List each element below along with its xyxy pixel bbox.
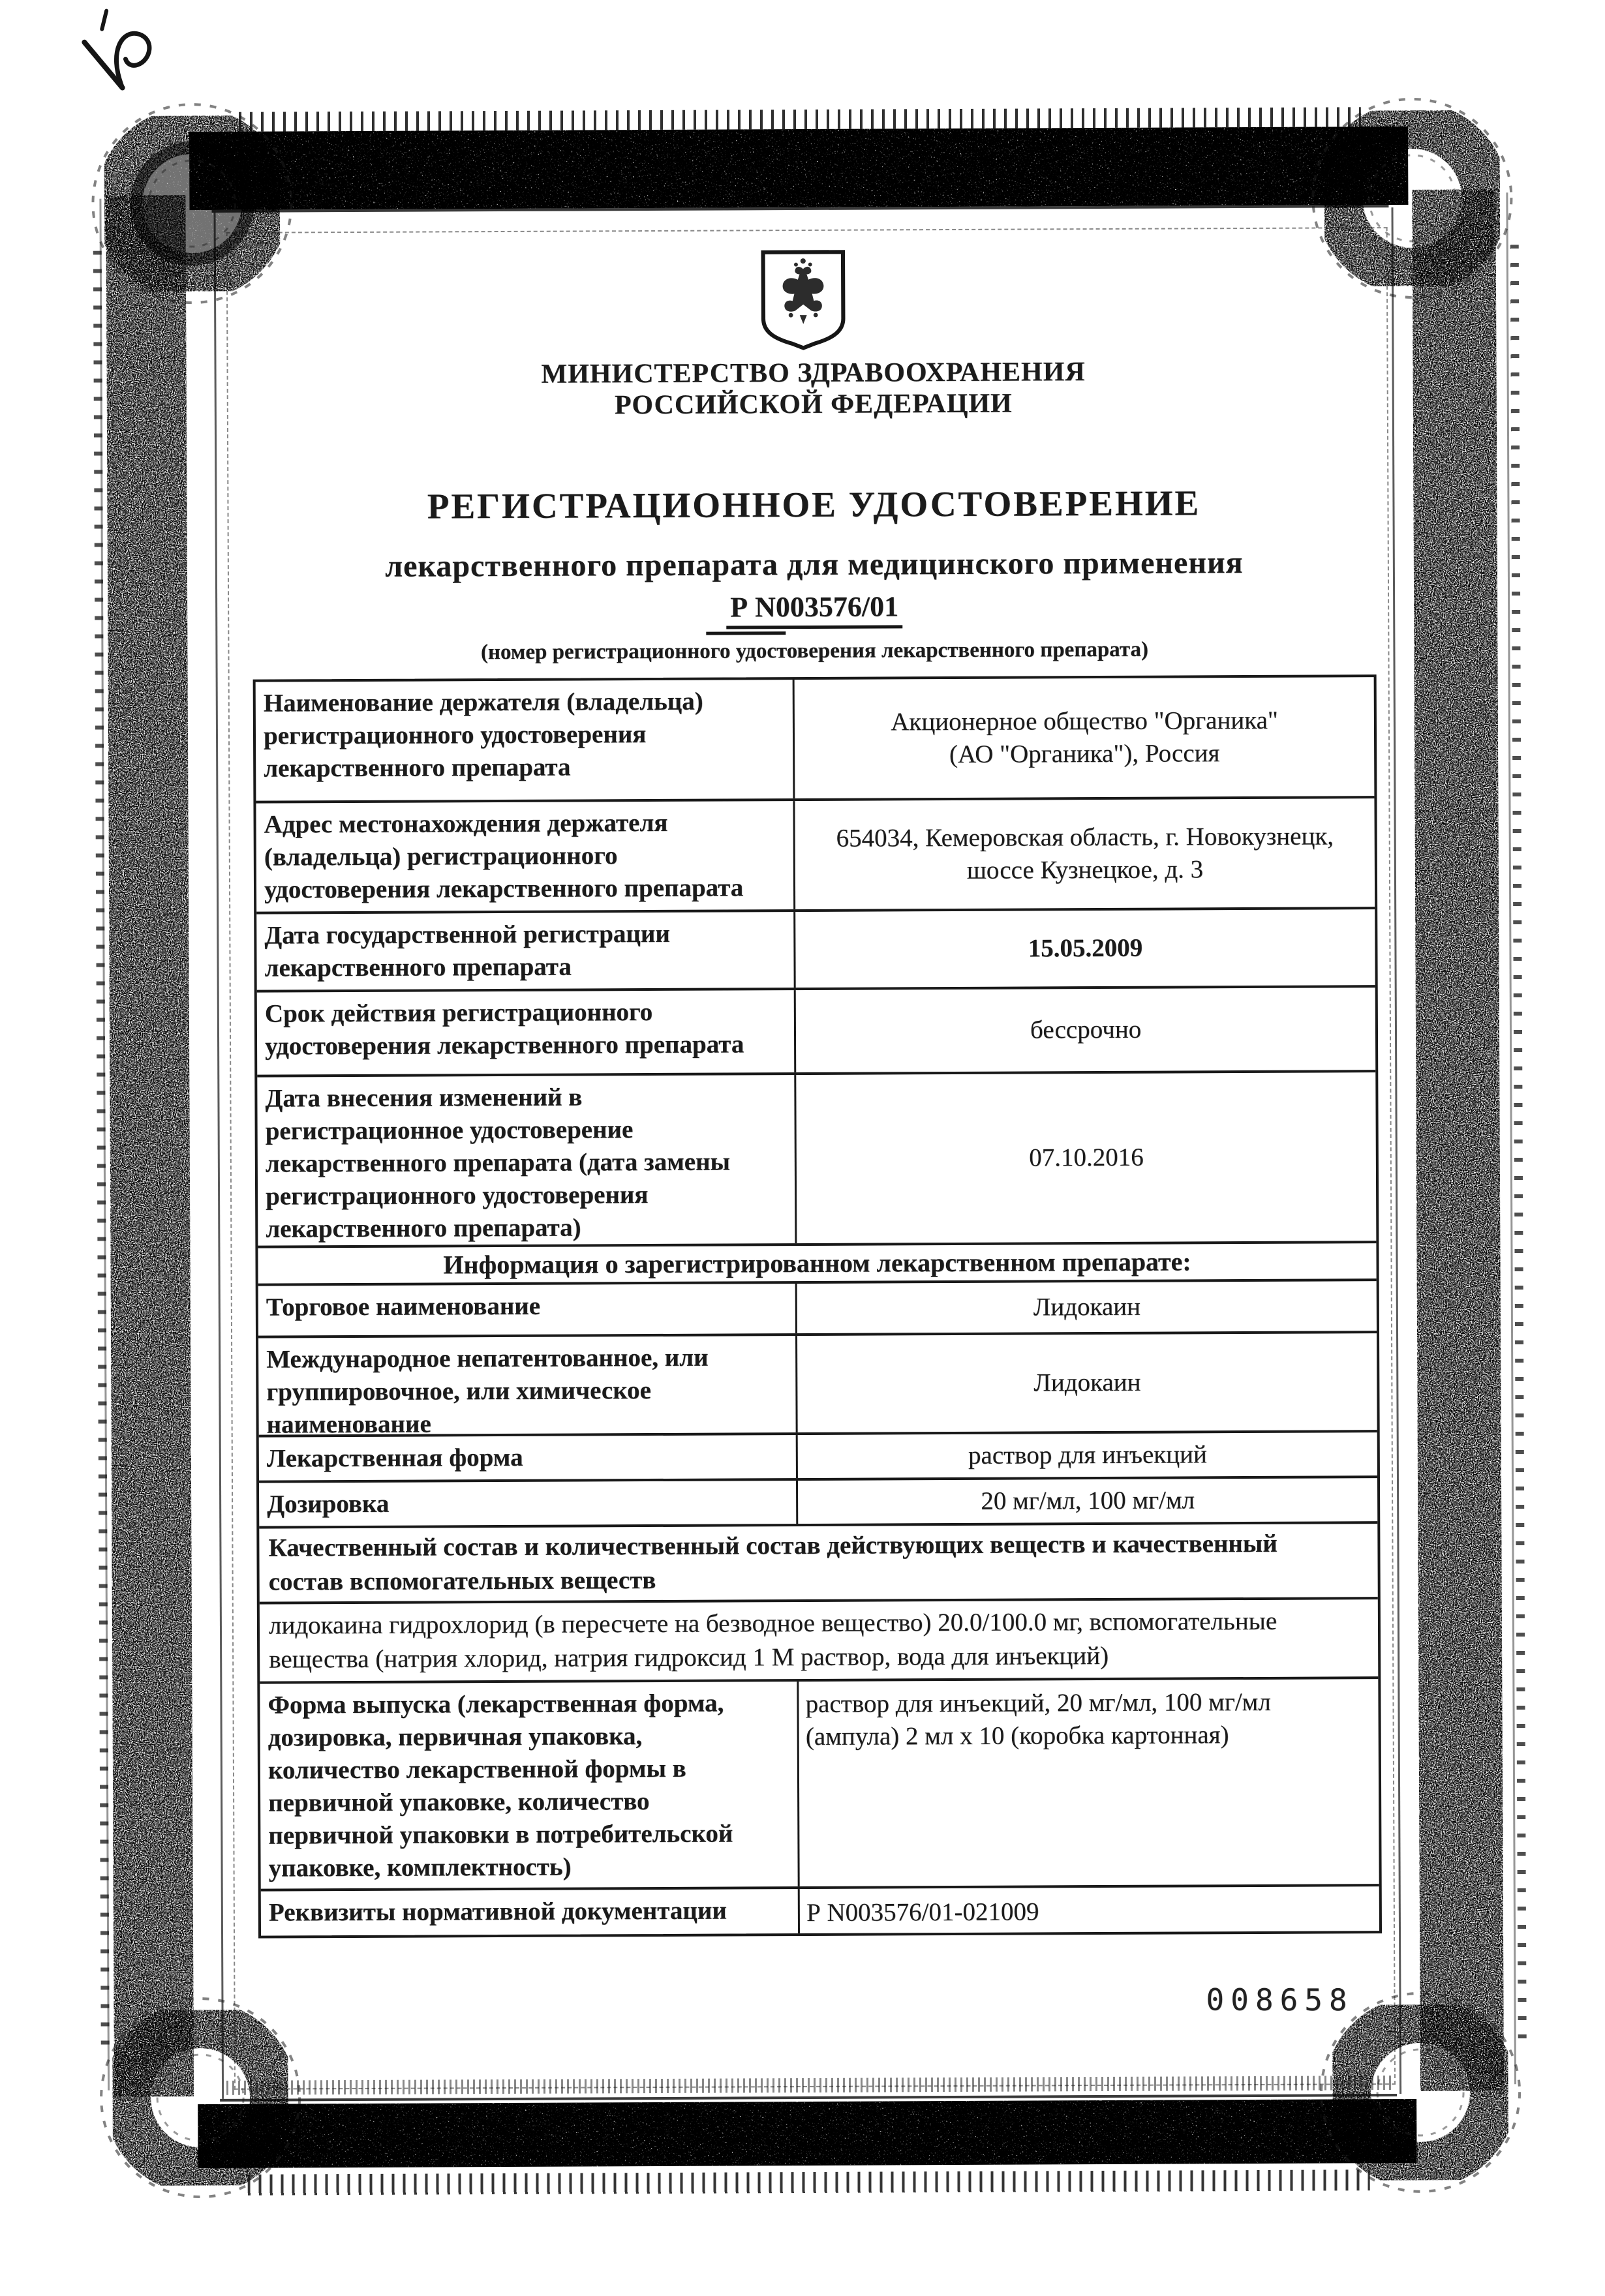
table-section-header: Информация о зарегистрированном лекарств… — [258, 1241, 1376, 1283]
row-label: Реквизиты нормативной документации — [261, 1889, 800, 1936]
table-row-validity: Срок действия регистрационного удостовер… — [257, 985, 1376, 1074]
row-label: Дата государственной регистрации лекарст… — [256, 912, 796, 990]
row-label: Международное непатентованное, или групп… — [258, 1336, 798, 1435]
table-row-normative-docs: Реквизиты нормативной документации Р N00… — [261, 1884, 1379, 1935]
document-subtitle: лекарственного препарата для медицинског… — [252, 544, 1376, 585]
row-value: Лидокаин — [797, 1281, 1377, 1333]
row-label: Дата внесения изменений в регистрационно… — [257, 1075, 797, 1246]
table-row-dosage: Дозировка 20 мг/мл, 100 мг/мл — [259, 1475, 1377, 1526]
registration-number: Р N003576/01 — [726, 590, 902, 629]
row-value: 654034, Кемеровская область, г. Новокузн… — [795, 798, 1375, 909]
table-row-release-form: Форма выпуска (лекарственная форма, дози… — [260, 1676, 1379, 1888]
ministry-line2: РОССИЙСКОЙ ФЕДЕРАЦИИ — [252, 386, 1375, 423]
row-value: Р N003576/01-021009 — [800, 1886, 1379, 1933]
table-row-trade-name: Торговое наименование Лидокаин — [258, 1278, 1377, 1335]
table-row-inn-name: Международное непатентованное, или групп… — [258, 1331, 1377, 1434]
row-label: Дозировка — [259, 1481, 798, 1526]
registration-number-note: (номер регистрационного удостоверения ле… — [252, 637, 1376, 666]
serial-number-stamp: 008658 — [1206, 1982, 1353, 2018]
scanned-certificate-page: МИНИСТЕРСТВО ЗДРАВООХРАНЕНИЯ РОССИЙСКОЙ … — [0, 0, 1605, 2296]
row-value: раствор для инъекций — [798, 1432, 1377, 1478]
row-label: Лекарственная форма — [259, 1435, 798, 1481]
registration-number-underline — [706, 631, 786, 635]
row-value: бессрочно — [796, 988, 1375, 1072]
ministry-line1: МИНИСТЕРСТВО ЗДРАВООХРАНЕНИЯ — [251, 355, 1375, 391]
table-row-composition-header: Качественный состав и количественный сос… — [259, 1521, 1377, 1601]
row-value: Лидокаин — [797, 1333, 1377, 1432]
row-value: раствор для инъекций, 20 мг/мл, 100 мг/м… — [799, 1679, 1379, 1886]
registration-number-wrap: Р N003576/01 — [252, 588, 1376, 626]
table-row-registration-date: Дата государственной регистрации лекарст… — [256, 907, 1375, 989]
ministry-name: МИНИСТЕРСТВО ЗДРАВООХРАНЕНИЯ РОССИЙСКОЙ … — [251, 355, 1375, 423]
certificate-content: МИНИСТЕРСТВО ЗДРАВООХРАНЕНИЯ РОССИЙСКОЙ … — [0, 0, 1605, 2296]
table-row-dosage-form: Лекарственная форма раствор для инъекций — [259, 1430, 1377, 1480]
row-label: Срок действия регистрационного удостовер… — [257, 990, 797, 1075]
row-value: 07.10.2016 — [796, 1072, 1376, 1243]
table-row-composition-detail: лидокаина гидрохлорид (в пересчете на бе… — [260, 1597, 1379, 1681]
certificate-table: Наименование держателя (владельца) регис… — [253, 674, 1382, 1938]
row-label: Адрес местонахождения держателя (владель… — [256, 801, 795, 912]
row-value: 15.05.2009 — [795, 909, 1375, 988]
row-label: Форма выпуска (лекарственная форма, дози… — [260, 1682, 800, 1889]
coat-of-arms-emblem-icon — [759, 249, 848, 352]
table-row-amendment-date: Дата внесения изменений в регистрационно… — [257, 1070, 1376, 1245]
row-value: Акционерное общество "Органика" (АО "Орг… — [795, 677, 1375, 798]
row-value: 20 мг/мл, 100 мг/мл — [798, 1478, 1377, 1524]
table-row-holder-address: Адрес местонахождения держателя (владель… — [256, 796, 1375, 911]
document-title: РЕГИСТРАЦИОННОЕ УДОСТОВЕРЕНИЕ — [252, 481, 1375, 528]
row-label: Наименование держателя (владельца) регис… — [256, 680, 795, 801]
row-label: Торговое наименование — [258, 1284, 797, 1336]
table-row-holder-name: Наименование держателя (владельца) регис… — [256, 677, 1375, 800]
